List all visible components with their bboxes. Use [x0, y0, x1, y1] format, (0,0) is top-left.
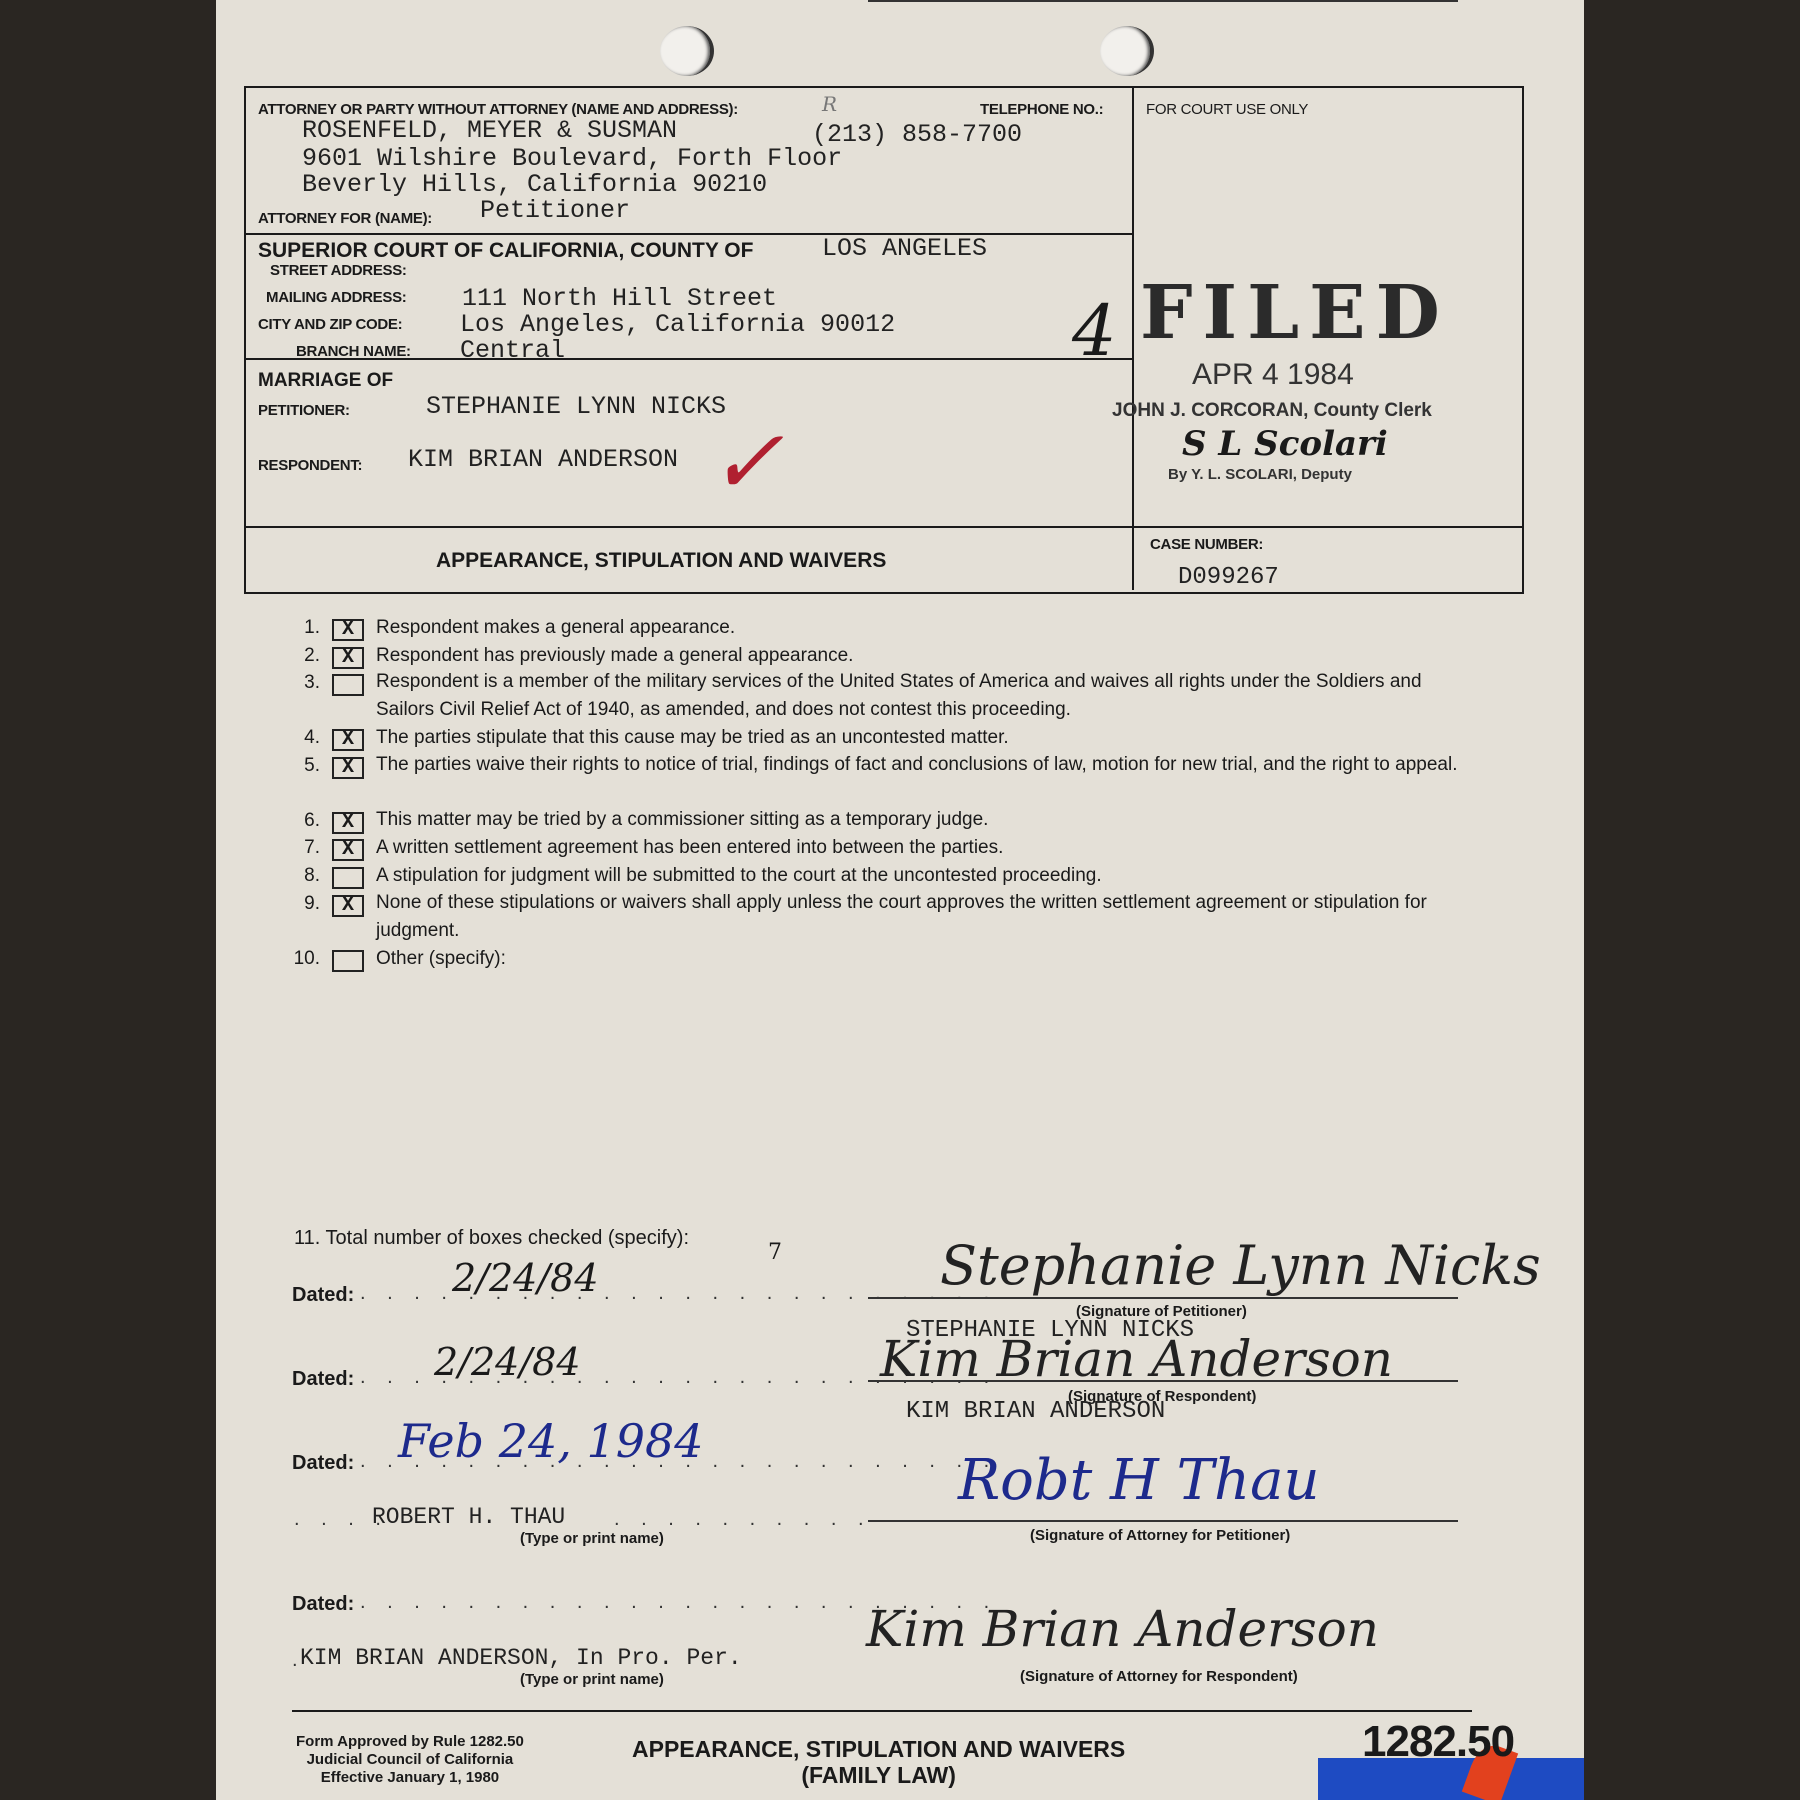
dated-label: Dated: — [292, 1368, 354, 1391]
respondent-name: KIM BRIAN ANDERSON — [408, 445, 678, 474]
item-number: 7. — [290, 837, 320, 859]
handwritten-mark: R — [822, 92, 837, 116]
mailing-label: MAILING ADDRESS: — [266, 289, 406, 306]
footer-title-line: APPEARANCE, STIPULATION AND WAIVERS — [632, 1736, 1125, 1762]
dated-label: Dated: — [292, 1593, 354, 1616]
form-approval-note: Form Approved by Rule 1282.50 Judicial C… — [296, 1733, 524, 1787]
attorney-printed-name: ROBERT H. THAU — [372, 1504, 565, 1530]
marriage-label: MARRIAGE OF — [258, 370, 393, 392]
street-label: STREET ADDRESS: — [270, 262, 407, 279]
footer-title: APPEARANCE, STIPULATION AND WAIVERS (FAM… — [632, 1736, 1125, 1788]
item-text: The parties waive their rights to notice… — [376, 751, 1466, 779]
filed-date: APR 4 1984 — [1192, 358, 1354, 392]
signature-caption: (Signature of Attorney for Petitioner) — [1030, 1527, 1290, 1544]
item-number: 5. — [290, 755, 320, 777]
total-label: 11. Total number of boxes checked (speci… — [294, 1227, 689, 1250]
respondent-date: 2/24/84 — [434, 1340, 581, 1384]
signature-line — [868, 0, 1458, 2]
form-number: 1282.50 — [1362, 1717, 1514, 1767]
item-text: The parties stipulate that this cause ma… — [376, 724, 1466, 752]
petitioner-signature: Stephanie Lynn Nicks — [940, 1234, 1541, 1297]
dated-label: Dated: — [292, 1284, 354, 1307]
item-text: A written settlement agreement has been … — [376, 834, 1466, 862]
checkbox-item-9[interactable]: X — [332, 895, 364, 917]
attorney-firm: ROSENFELD, MEYER & SUSMAN — [302, 116, 677, 145]
attorney-city: Beverly Hills, California 90210 — [302, 170, 767, 199]
item-text: Other (specify): — [376, 945, 1466, 973]
approval-line: Judicial Council of California — [296, 1751, 524, 1769]
branch-label: BRANCH NAME: — [296, 343, 411, 360]
item-text: This matter may be tried by a commission… — [376, 806, 1466, 834]
dotted-line: . . . . . . . . . . — [614, 1508, 872, 1531]
item-text: None of these stipulations or waivers sh… — [376, 889, 1466, 945]
item-number: 6. — [290, 810, 320, 832]
form-title: APPEARANCE, STIPULATION AND WAIVERS — [436, 549, 886, 573]
punch-hole — [660, 26, 714, 76]
checkbox-item-3[interactable] — [332, 674, 364, 696]
court-title: SUPERIOR COURT OF CALIFORNIA, COUNTY OF — [258, 239, 753, 263]
item-number: 1. — [290, 617, 320, 639]
case-number-label: CASE NUMBER: — [1150, 536, 1263, 553]
city-label: CITY AND ZIP CODE: — [258, 316, 402, 333]
petitioner-label: PETITIONER: — [258, 402, 350, 419]
item-number: 10. — [290, 948, 320, 970]
attorney-for-label: ATTORNEY FOR (NAME): — [258, 210, 432, 227]
checkbox-item-5[interactable]: X — [332, 757, 364, 779]
signature-line — [868, 1297, 1458, 1299]
punch-hole — [1100, 26, 1154, 76]
item-number: 9. — [290, 893, 320, 915]
signature-line — [868, 1520, 1458, 1522]
city-zip: Los Angeles, California 90012 — [460, 310, 895, 339]
footer-rule — [292, 1710, 1472, 1712]
filed-stamp: FILED — [1140, 270, 1450, 356]
respondent-printed-name: KIM BRIAN ANDERSON — [906, 1398, 1165, 1425]
respondent-label: RESPONDENT: — [258, 457, 362, 474]
approval-line: Effective January 1, 1980 — [296, 1769, 524, 1787]
item-text: Respondent has previously made a general… — [376, 642, 1466, 670]
type-name-caption: (Type or print name) — [520, 1671, 664, 1688]
divider — [244, 526, 1522, 528]
resp-attorney-printed-name: KIM BRIAN ANDERSON, In Pro. Per. — [300, 1645, 742, 1671]
signature-caption: (Signature of Attorney for Respondent) — [1020, 1668, 1298, 1685]
item-number: 8. — [290, 865, 320, 887]
checkbox-item-4[interactable]: X — [332, 729, 364, 751]
checkbox-item-6[interactable]: X — [332, 812, 364, 834]
total-value: 7 — [768, 1240, 782, 1265]
court-use-label: FOR COURT USE ONLY — [1146, 101, 1308, 118]
attorney-signature: Robt H Thau — [958, 1448, 1320, 1513]
checkbox-item-10[interactable] — [332, 950, 364, 972]
handwritten-mark: 4 — [1072, 290, 1117, 372]
petitioner-date: 2/24/84 — [452, 1256, 599, 1300]
checkbox-item-1[interactable]: X — [332, 619, 364, 641]
item-text: Respondent is a member of the military s… — [376, 668, 1466, 724]
dated-label: Dated: — [292, 1452, 354, 1475]
type-name-caption: (Type or print name) — [520, 1530, 664, 1547]
divider — [1132, 86, 1134, 590]
respondent-signature: Kim Brian Anderson — [880, 1330, 1393, 1388]
divider — [244, 233, 1134, 235]
checkbox-item-2[interactable]: X — [332, 647, 364, 669]
checkbox-item-7[interactable]: X — [332, 839, 364, 861]
item-text: A stipulation for judgment will be submi… — [376, 862, 1466, 890]
checkbox-item-8[interactable] — [332, 867, 364, 889]
item-number: 2. — [290, 645, 320, 667]
deputy-name: By Y. L. SCOLARI, Deputy — [1168, 466, 1352, 483]
mailing-address: 111 North Hill Street — [462, 284, 777, 313]
branch: Central — [460, 336, 565, 365]
case-number: D099267 — [1178, 564, 1279, 591]
attorney-street: 9601 Wilshire Boulevard, Forth Floor — [302, 144, 842, 173]
petitioner-name: STEPHANIE LYNN NICKS — [426, 392, 726, 421]
county-clerk: JOHN J. CORCORAN, County Clerk — [1112, 400, 1432, 422]
attorney-for: Petitioner — [480, 196, 630, 225]
telephone-label: TELEPHONE NO.: — [980, 101, 1103, 118]
item-number: 4. — [290, 727, 320, 749]
resp-attorney-signature: Kim Brian Anderson — [866, 1600, 1379, 1658]
telephone: (213) 858-7700 — [812, 120, 1022, 149]
approval-line: Form Approved by Rule 1282.50 — [296, 1733, 524, 1751]
item-number: 3. — [290, 672, 320, 694]
attorney-date: Feb 24, 1984 — [398, 1414, 704, 1468]
deputy-signature: S L Scolari — [1182, 424, 1388, 464]
item-text: Respondent makes a general appearance. — [376, 614, 1466, 642]
footer-title-line: (FAMILY LAW) — [632, 1762, 1125, 1788]
county: LOS ANGELES — [822, 234, 987, 263]
